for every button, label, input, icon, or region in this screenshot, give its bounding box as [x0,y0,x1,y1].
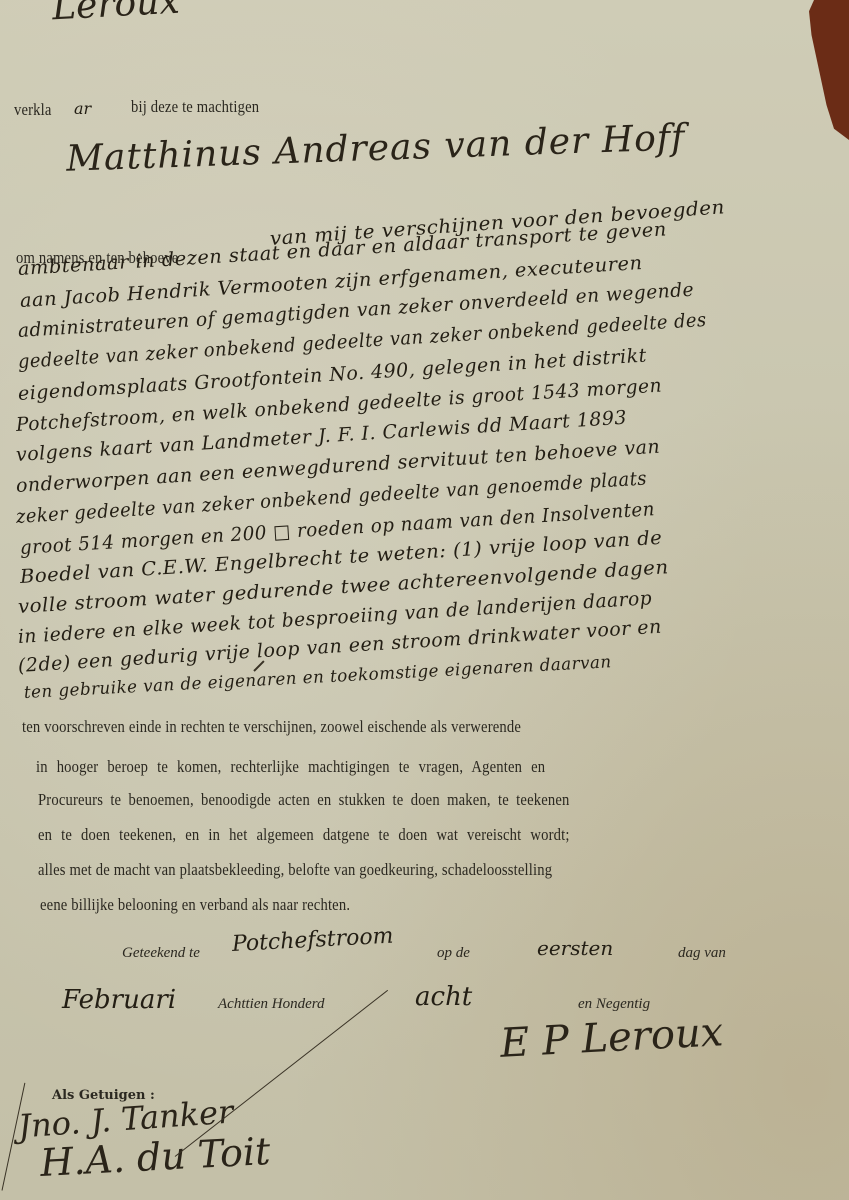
on-label: op de [437,945,470,962]
printed-line: en te doen teekenen, en in het algemeen … [38,825,570,845]
printed-line: eene billijke belooning en verband als n… [40,895,350,915]
declare-prefix: verkla [14,100,52,120]
printed-line: alles met de macht van plaatsbekleeding,… [38,860,552,880]
signed-day: eersten [537,936,613,960]
signed-month: Februari [62,985,176,1015]
printed-line: Procureurs te benoemen, benoodigde acten… [38,790,570,810]
printed-line: in hooger beroep te komen, rechterlijke … [36,757,545,777]
declare-rest: bij deze te machtigen [131,97,259,117]
printed-line: ten voorschreven einde in rechten te ver… [22,717,521,737]
year-label-2: en Negentig [578,996,650,1013]
day-of-label: dag van [678,945,726,962]
signed-at-label: Geteekend te [122,945,200,962]
declare-suffix: ar [74,99,91,118]
signed-year-word: acht [415,982,472,1012]
year-label-1: Achttien Honderd [218,996,325,1013]
